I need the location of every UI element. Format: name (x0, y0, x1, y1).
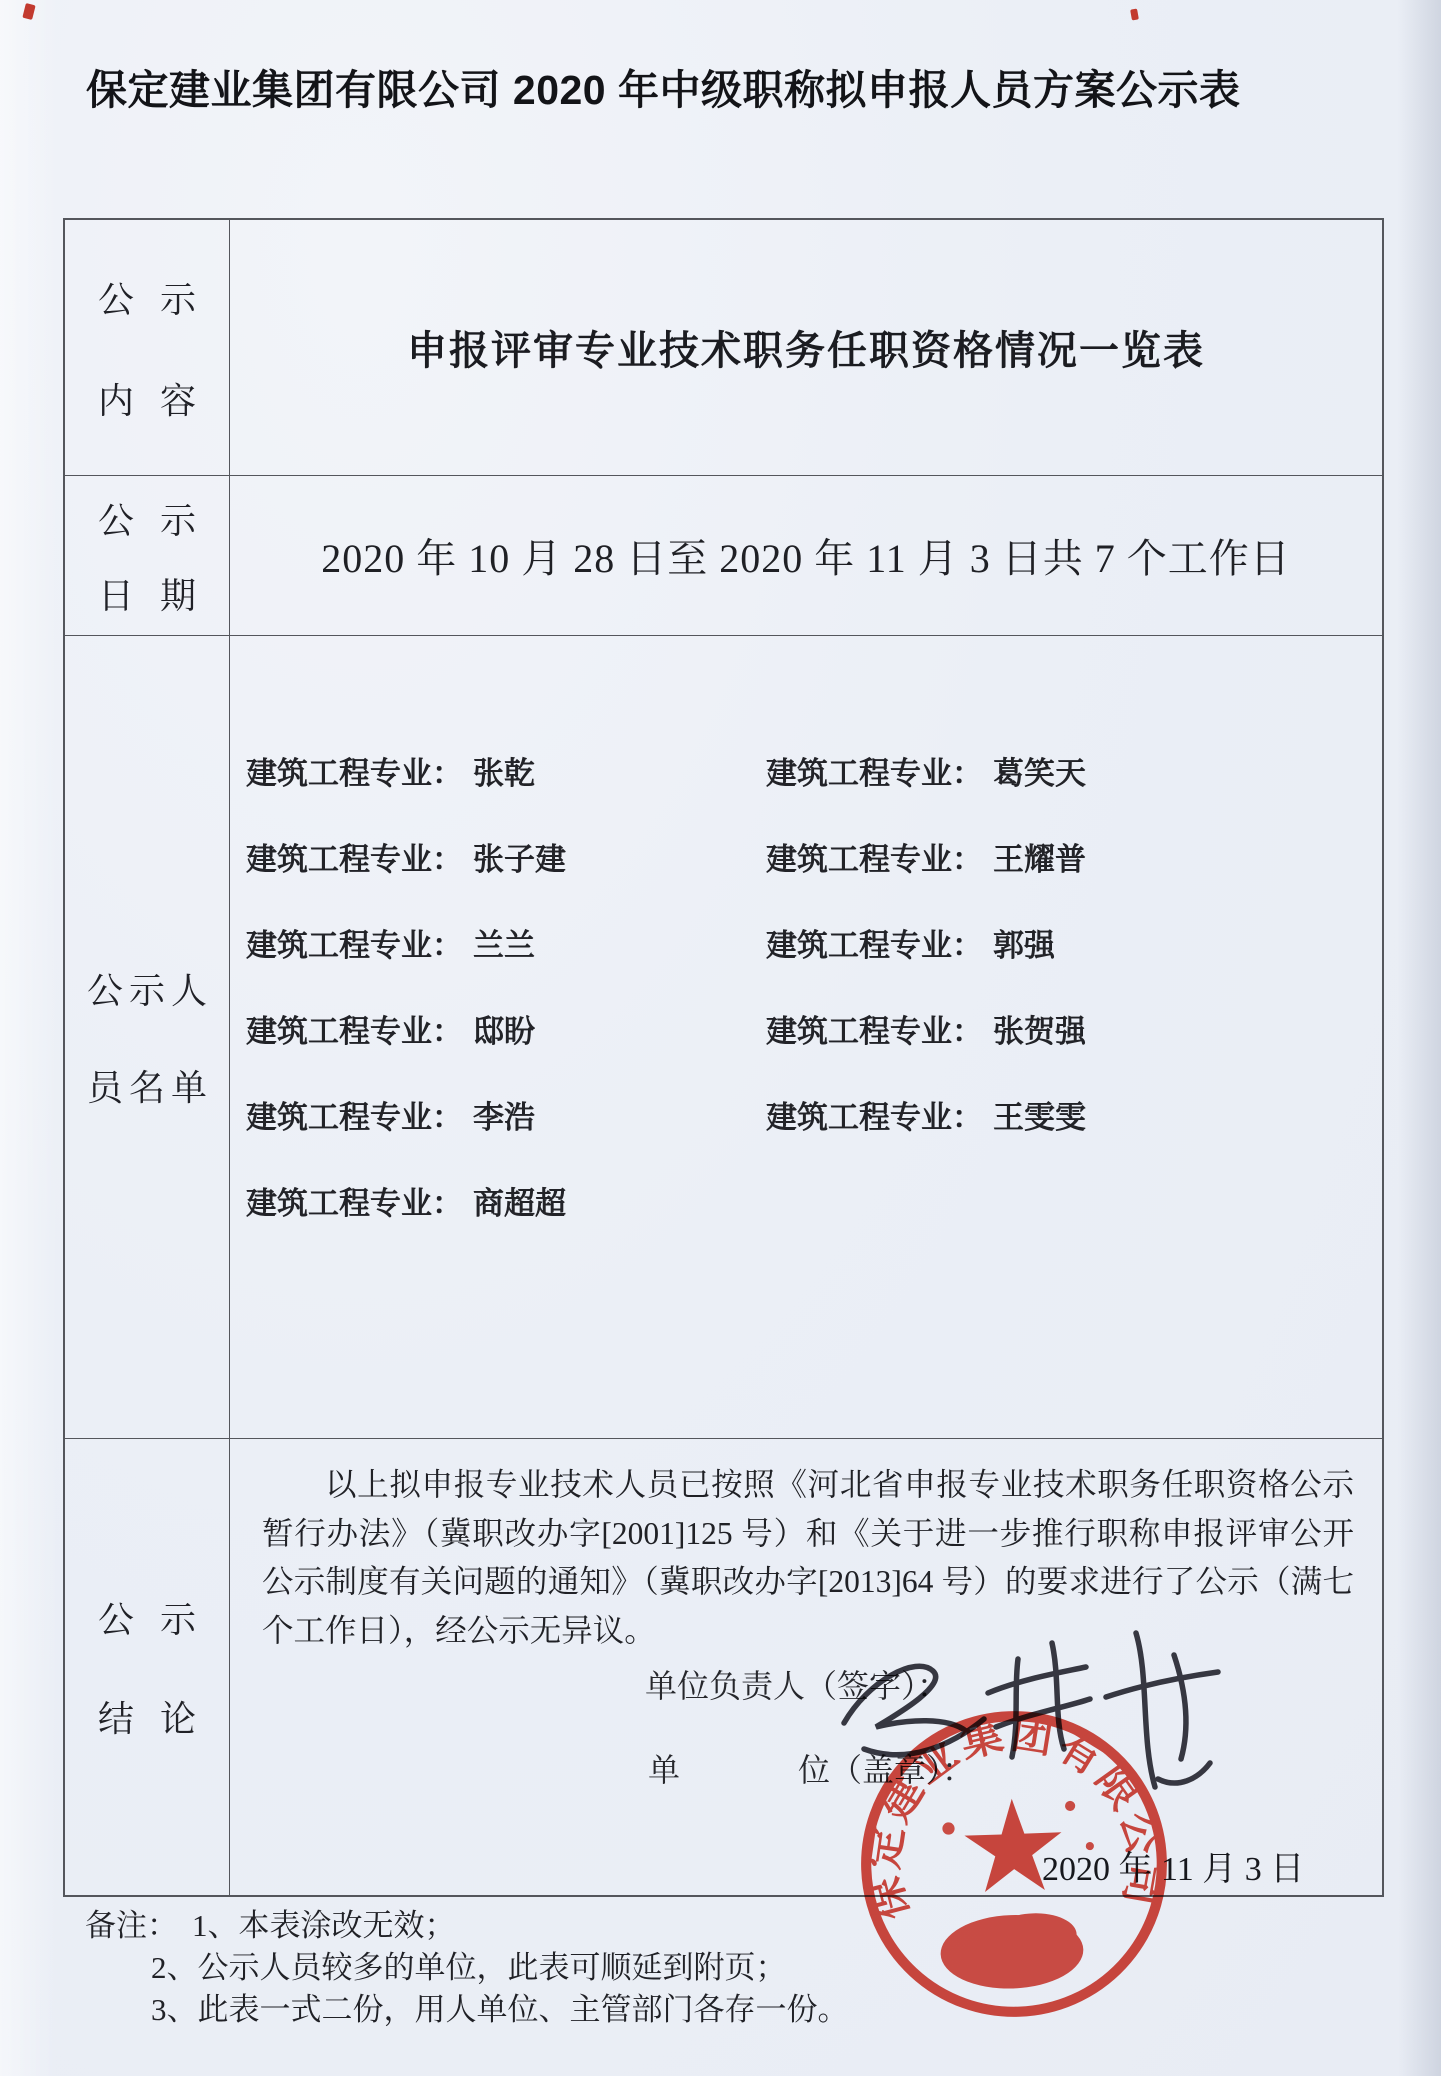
person-name: 王雯雯 (993, 1100, 1086, 1135)
cell-date-value: 2020 年 10 月 28 日至 2020 年 11 月 3 日共 7 个工作… (230, 476, 1382, 636)
header-line: 员名单 (81, 1060, 213, 1111)
scan-artifact-speck (1130, 8, 1139, 20)
header-line: 公示 (72, 1592, 222, 1643)
list-item: 建筑工程专业：张子建 (246, 834, 766, 920)
person-name: 邸盼 (473, 1014, 535, 1049)
major-label: 建筑工程专业： (246, 1100, 463, 1135)
list-item: 建筑工程专业：王耀普 (766, 834, 1374, 920)
list-item: 建筑工程专业：邸盼 (246, 1006, 766, 1092)
person-name: 张贺强 (993, 1014, 1086, 1049)
footnote-item: 1、本表涂改无效； (192, 1905, 456, 1947)
header-line: 公示 (72, 493, 222, 544)
notice-table: 公示 内容 申报评审专业技术职务任职资格情况一览表 公示 日期 2020 年 1… (63, 218, 1384, 1897)
list-item: 建筑工程专业：张贺强 (766, 1006, 1374, 1092)
major-label: 建筑工程专业： (766, 756, 983, 791)
header-line: 日期 (72, 568, 222, 619)
major-label: 建筑工程专业： (766, 842, 983, 877)
footnotes: 备注：1、本表涂改无效； 2、公示人员较多的单位，此表可顺延到附页； 3、此表一… (85, 1905, 849, 2031)
signature-date: 2020 年 11 月 3 日 (1042, 1841, 1304, 1890)
header-cell-conclusion: 公示 结论 (65, 1439, 230, 1895)
person-name: 郭强 (993, 928, 1055, 963)
person-name: 李浩 (473, 1100, 535, 1135)
footnote-line: 3、此表一式二份，用人单位、主管部门各存一份。 (151, 1989, 849, 2031)
signer-label: 单位负责人（签字）： (645, 1661, 949, 1707)
major-label: 建筑工程专业： (246, 1186, 463, 1221)
list-item: 建筑工程专业：王雯雯 (766, 1092, 1374, 1178)
seal-label-left: 单 (648, 1752, 680, 1788)
list-item: 建筑工程专业：葛笑天 (766, 748, 1374, 834)
header-cell-date: 公示 日期 (65, 476, 230, 636)
header-line: 公示人 (81, 963, 213, 1014)
list-item: 建筑工程专业：李浩 (246, 1092, 766, 1178)
major-label: 建筑工程专业： (766, 1100, 983, 1135)
header-line: 公示 (72, 272, 222, 323)
list-item-empty (766, 1178, 1374, 1264)
major-label: 建筑工程专业： (246, 1014, 463, 1049)
header-cell-names: 公示人 员名单 (65, 636, 230, 1439)
footnote-line: 备注：1、本表涂改无效； (85, 1905, 849, 1947)
seal-label-right: 位（盖章）： (798, 1752, 974, 1788)
personnel-list: 建筑工程专业：张乾 建筑工程专业：葛笑天 建筑工程专业：张子建 建筑工程专业：王… (246, 748, 1374, 1264)
person-name: 张子建 (473, 842, 566, 877)
list-item: 建筑工程专业：郭强 (766, 920, 1374, 1006)
list-item: 建筑工程专业：兰兰 (246, 920, 766, 1006)
conclusion-paragraph: 以上拟申报专业技术人员已按照《河北省申报专业技术职务任职资格公示暂行办法》（冀职… (262, 1461, 1354, 1655)
date-range-text: 2020 年 10 月 28 日至 2020 年 11 月 3 日共 7 个工作… (321, 527, 1291, 584)
person-name: 葛笑天 (993, 756, 1086, 791)
content-title-text: 申报评审专业技术职务任职资格情况一览表 (407, 319, 1205, 376)
seal-label: 单位（盖章）： (648, 1745, 974, 1791)
header-line: 内容 (72, 373, 222, 424)
list-item: 建筑工程专业：张乾 (246, 748, 766, 834)
conclusion-block: 以上拟申报专业技术人员已按照《河北省申报专业技术职务任职资格公示暂行办法》（冀职… (230, 1439, 1382, 1895)
person-name: 商超超 (473, 1186, 566, 1221)
list-item: 建筑工程专业：商超超 (246, 1178, 766, 1264)
major-label: 建筑工程专业： (766, 928, 983, 963)
page-title: 保定建业集团有限公司 2020 年中级职称拟申报人员方案公示表 (86, 57, 1241, 116)
scanned-document-page: { "title": "保定建业集团有限公司 2020 年中级职称拟申报人员方案… (0, 0, 1441, 2076)
person-name: 张乾 (473, 756, 535, 791)
header-line: 结论 (72, 1691, 222, 1742)
scan-artifact-speck (22, 3, 35, 20)
cell-conclusion-value: 以上拟申报专业技术人员已按照《河北省申报专业技术职务任职资格公示暂行办法》（冀职… (230, 1439, 1382, 1895)
cell-content-value: 申报评审专业技术职务任职资格情况一览表 (230, 220, 1382, 476)
cell-names-value: 建筑工程专业：张乾 建筑工程专业：葛笑天 建筑工程专业：张子建 建筑工程专业：王… (230, 636, 1382, 1439)
person-name: 兰兰 (473, 928, 535, 963)
major-label: 建筑工程专业： (766, 1014, 983, 1049)
person-name: 王耀普 (993, 842, 1086, 877)
major-label: 建筑工程专业： (246, 756, 463, 791)
header-cell-content: 公示 内容 (65, 220, 230, 476)
footnote-line: 2、公示人员较多的单位，此表可顺延到附页； (151, 1947, 849, 1989)
footnote-label: 备注： (85, 1905, 178, 1947)
major-label: 建筑工程专业： (246, 842, 463, 877)
major-label: 建筑工程专业： (246, 928, 463, 963)
